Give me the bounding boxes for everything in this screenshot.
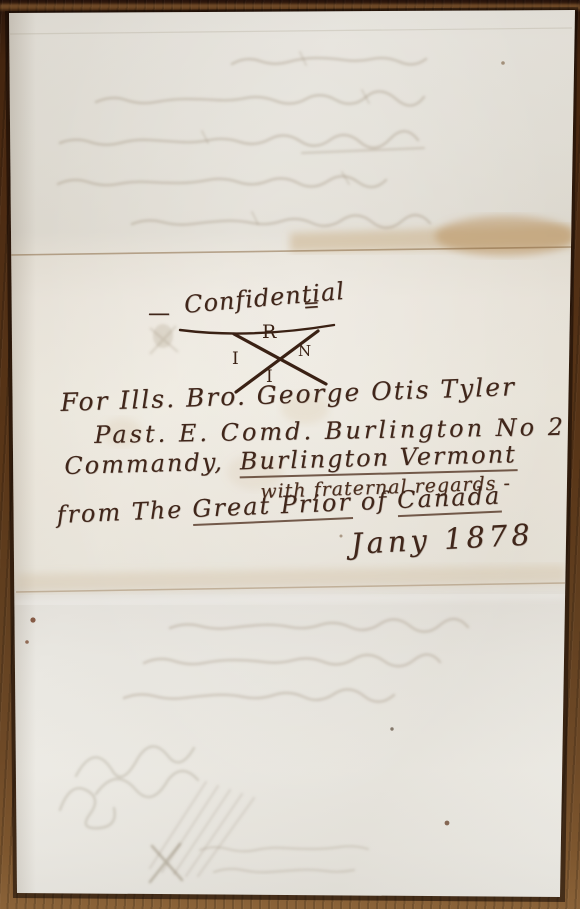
confidential-underline-flourish [180, 325, 334, 334]
cipher-letter-left: I [232, 349, 239, 369]
cipher-letter-top: R [262, 321, 277, 343]
sender-of: of [360, 487, 389, 519]
sender-from: from The [56, 495, 184, 532]
commandery-word: Commandy, [64, 448, 224, 483]
photo-stage: — Confidential = R N I I For Ills. Bro. … [0, 0, 580, 909]
cipher-letter-right: N [298, 342, 311, 360]
sender-country-underlined: Canada [397, 482, 502, 518]
letter-paper: — Confidential = R N I I For Ills. Bro. … [0, 0, 580, 909]
